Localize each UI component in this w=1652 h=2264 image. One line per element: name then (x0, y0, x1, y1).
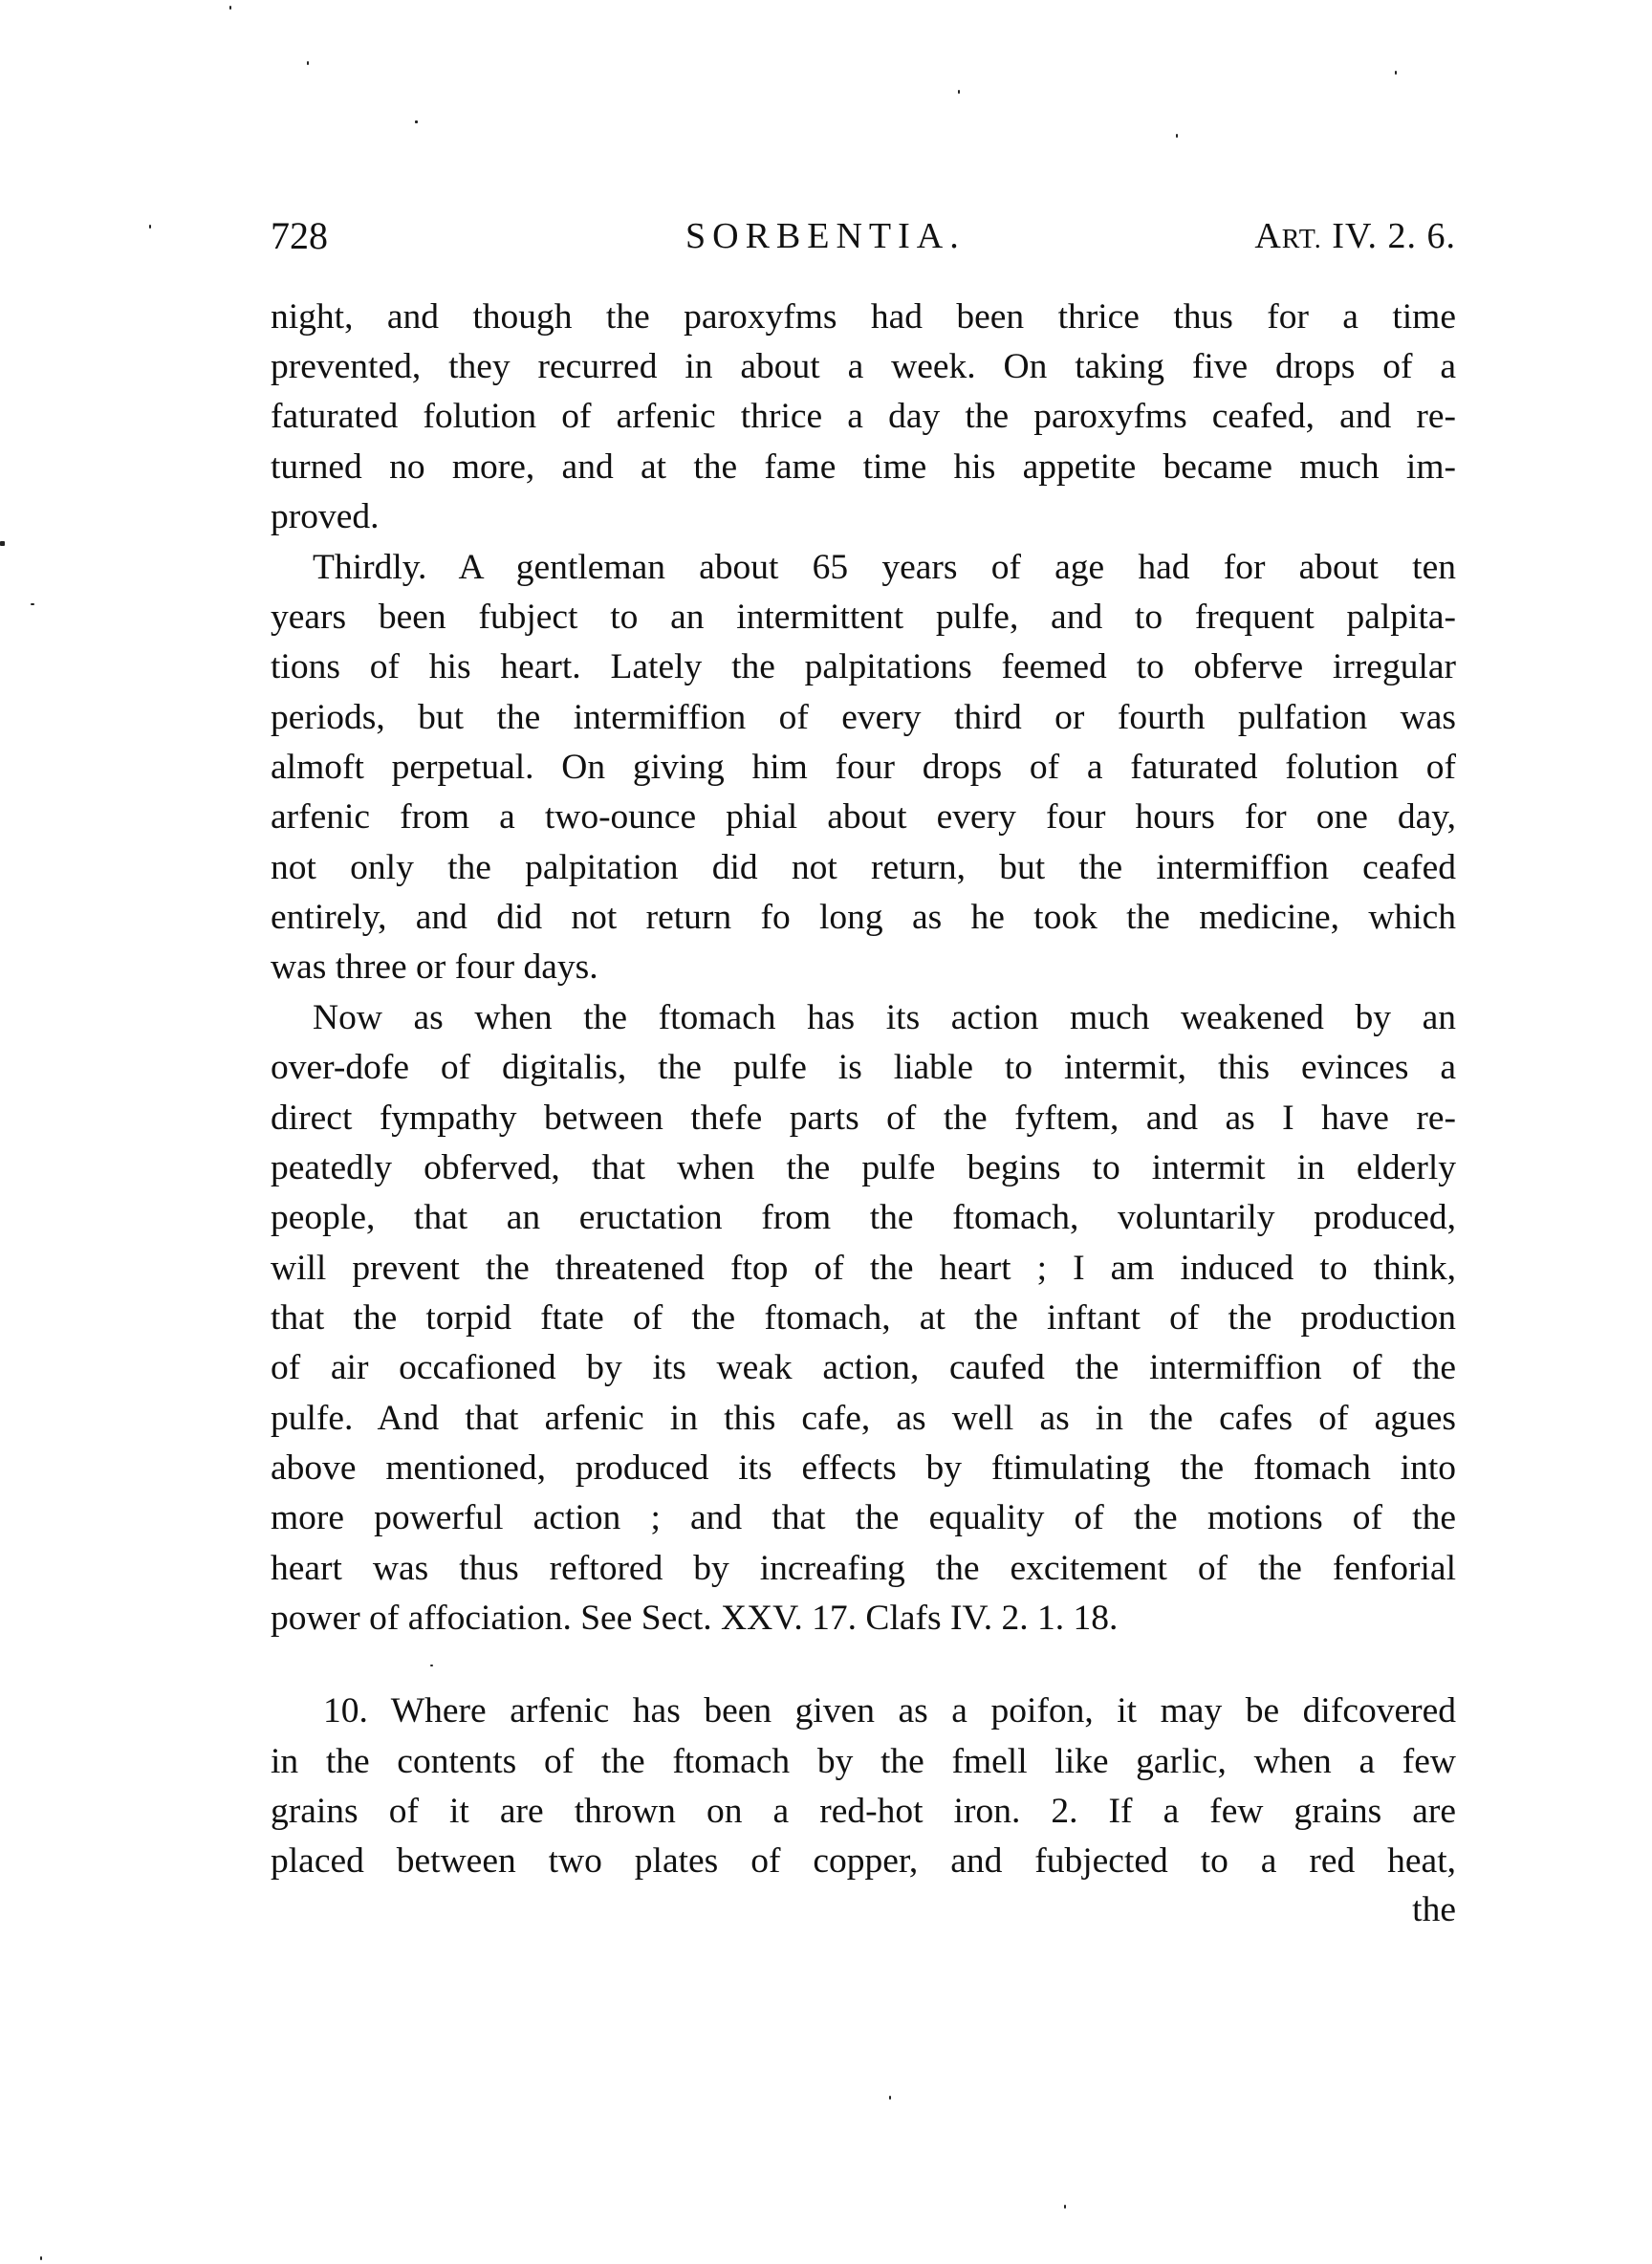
scan-speck (958, 90, 960, 94)
text-line: periods, but the intermiffion of every t… (271, 693, 1456, 743)
text-line: grains of it are thrown on a red-hot iro… (271, 1787, 1456, 1837)
book-page: 728 SORBENTIA. ART. IV. 2. 6. night, and… (0, 0, 1652, 2264)
paragraph-first-line: Now as when the ftomach has its action m… (271, 993, 1456, 1043)
text-line: heart was thus reftored by increafing th… (271, 1544, 1456, 1594)
text-line: proved. (271, 492, 1456, 542)
scan-speck (149, 225, 151, 229)
text-line: more powerful action ; and that the equa… (271, 1493, 1456, 1543)
text-line: almoft perpetual. On giving him four dro… (271, 743, 1456, 793)
text-line: power of affociation. See Sect. XXV. 17.… (271, 1594, 1456, 1644)
text-line: peatedly obferved, that when the pulfe b… (271, 1143, 1456, 1193)
text-line: prevented, they recurred in about a week… (271, 342, 1456, 392)
section-ref-rest: IV. 2. 6. (1322, 216, 1456, 256)
text-line: direct fympathy between thefe parts of t… (271, 1094, 1456, 1143)
text-line: not only the palpitation did not return,… (271, 843, 1456, 893)
text-line: pulfe. And that arfenic in this cafe, as… (271, 1394, 1456, 1444)
section-reference: ART. IV. 2. 6. (1254, 212, 1456, 264)
scan-speck (430, 1665, 433, 1666)
text-line: was three or four days. (271, 943, 1456, 992)
text-line: people, that an eructation from the ftom… (271, 1193, 1456, 1243)
scan-speck (31, 603, 34, 605)
text-line: tions of his heart. Lately the palpitati… (271, 642, 1456, 692)
scan-speck (415, 120, 418, 123)
text-line: years been fubject to an intermittent pu… (271, 593, 1456, 642)
numbered-paragraph-first-line: 10. Where arfenic has been given as a po… (271, 1687, 1456, 1736)
text-line: arfenic from a two-ounce phial about eve… (271, 793, 1456, 842)
text-line: turned no more, and at the fame time his… (271, 443, 1456, 492)
catchword: the (271, 1885, 1456, 1935)
scan-speck (40, 2256, 42, 2260)
running-header: 728 SORBENTIA. ART. IV. 2. 6. (271, 212, 1456, 260)
scan-speck (1395, 71, 1397, 75)
scan-speck (1176, 134, 1178, 138)
text-line: above mentioned, produced its effects by… (271, 1444, 1456, 1493)
section-ref-smallcaps: RT. (1282, 225, 1322, 254)
scan-speck (1064, 2205, 1066, 2209)
scan-speck (0, 541, 5, 546)
text-line: that the torpid ftate of the ftomach, at… (271, 1294, 1456, 1343)
scan-speck (307, 61, 309, 65)
text-line: in the contents of the ftomach by the fm… (271, 1737, 1456, 1787)
page-number: 728 (271, 212, 328, 260)
text-line: of air occafioned by its weak action, ca… (271, 1343, 1456, 1393)
text-line: faturated folution of arfenic thrice a d… (271, 392, 1456, 442)
paragraph-first-line: Thirdly. A gentleman about 65 years of a… (271, 543, 1456, 593)
text-line: entirely, and did not return fo long as … (271, 893, 1456, 943)
running-title: SORBENTIA. (685, 212, 966, 260)
text-line: night, and though the paroxyfms had been… (271, 293, 1456, 342)
section-ref-prefix: A (1254, 216, 1281, 256)
scan-speck (229, 6, 231, 10)
text-line: will prevent the threatened ftop of the … (271, 1244, 1456, 1294)
scan-speck (889, 2096, 891, 2100)
text-line: over-dofe of digitalis, the pulfe is lia… (271, 1043, 1456, 1093)
text-line: placed between two plates of copper, and… (271, 1837, 1456, 1886)
